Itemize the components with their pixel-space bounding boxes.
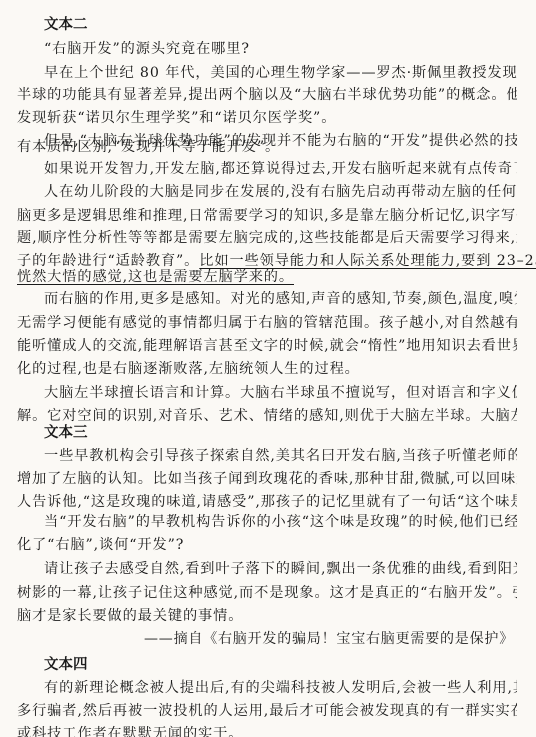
paragraph-line: 有本质的区别,“发现并不等于能开发”。 [17, 138, 517, 156]
paragraph-line: 多行骗者,然后再被一波投机的人运用,最后才可能会被发现真的有一群实实在在的科学家 [17, 702, 517, 720]
paragraph-line: 或科技工作者在默默无闻的实干。 [17, 725, 517, 737]
paragraph-line: 增加了左脑的认知。比如当孩子闻到玫瑰花的香味,那种甘甜,微腻,可以回味无穷。如果… [17, 470, 517, 488]
paragraph-line: 树影的一幕,让孩子记住这种感觉,而不是现象。这才是真正的“右脑开发”。引导孩子保… [17, 584, 517, 602]
attribution: ——摘自《右脑开发的骗局！宝宝右脑更需要的是保护》 [144, 630, 514, 648]
underlined-text: 比如一些领导能力和人际关系处理能力,要到 23–25 岁左右才有 [199, 253, 536, 269]
section-heading-text3: 文本三 [44, 424, 88, 442]
paragraph-line: 脑更多是逻辑思维和推理,日常需要学习的知识,多是靠左脑分析记忆,识字写作,数学解 [17, 207, 517, 225]
paragraph-line: 如果说开发智力,开发左脑,都还算说得过去,开发右脑听起来就有点传奇了。 [44, 160, 517, 178]
paragraph-line: 半球的功能具有显著差异,提出两个脑以及“大脑右半球优势功能”的概念。他也因这一重… [17, 86, 517, 104]
paragraph-line: 化的过程,也是右脑逐渐败落,左脑统领人生的过程。 [17, 360, 517, 378]
paragraph-line: 解。它对空间的识别,对音乐、艺术、情绪的感知,则优于大脑左半球。大脑左半球习惯做… [17, 407, 517, 425]
paragraph-line: 而右脑的作用,更多是感知。对光的感知,声音的感知,节奏,颜色,温度,嗅觉等等,这… [44, 290, 517, 308]
paragraph-line: 一些早教机构会引导孩子探索自然,美其名曰开发右脑,当孩子听懂老师的词语,也便 [44, 447, 517, 465]
document-page: 文本二 “右脑开发”的源头究竟在哪里? 早在上个世纪 80 年代，美国的心理生物… [0, 0, 536, 737]
paragraph-line: 人在幼儿阶段的大脑是同步在发展的,没有右脑先启动再带动左脑的任何证据。因为左 [44, 183, 517, 201]
paragraph-line: 人告诉他,“这是玫瑰的味道,请感受”,那孩子的记忆里就有了一句话“这个味是玫瑰”… [17, 493, 517, 511]
paragraph-line: 发现斩获“诺贝尔生理学奖”和“诺贝尔医学奖”。 [17, 109, 517, 127]
paragraph-line: 早在上个世纪 80 年代，美国的心理生物学家——罗杰·斯佩里教授发现了大脑左右两 [44, 64, 517, 82]
section-heading-text4: 文本四 [44, 656, 88, 674]
paragraph-text: 子的年龄进行“适龄教育”。 [17, 253, 199, 269]
paragraph-line: 大脑左半球擅长语言和计算。大脑右半球虽不擅说写，但对语言和字义仍有相当的理 [44, 384, 517, 402]
paragraph-line: 题,顺序性分析性等等都是需要左脑完成的,这些技能都是后天需要学习得来,还要根据孩 [17, 229, 517, 247]
underlined-line: 恍然大悟的感觉,这也是需要左脑学来的。 [17, 268, 294, 286]
section-heading-text2: 文本二 [44, 16, 88, 34]
paragraph-line: 化了“右脑”,谈何“开发”? [17, 536, 517, 554]
paragraph-line: 有的新理论概念被人提出后,有的尖端科技被人发明后,会被一些人利用,其中不乏很 [44, 679, 517, 697]
paragraph-line: 请让孩子去感受自然,看到叶子落下的瞬间,飘出一条优雅的曲线,看到阳光透过斑驳 [44, 560, 517, 578]
paragraph-line: “右脑开发”的源头究竟在哪里? [44, 40, 517, 58]
paragraph-line: 能听懂成人的交流,能理解语言甚至文字的时候,就会“惰性”地用知识去看世界,这是被… [17, 337, 517, 355]
paragraph-line: 当“开发右脑”的早教机构告诉你的小孩“这个味是玫瑰”的时候,他们已经让“左脑”驯 [44, 513, 517, 531]
paragraph-line: 脑才是家长要做的最关键的事情。 [17, 607, 517, 625]
paragraph-line: 无需学习便能有感觉的事情都归属于右脑的管辖范围。孩子越小,对自然越有灵性。当孩子 [17, 314, 517, 332]
